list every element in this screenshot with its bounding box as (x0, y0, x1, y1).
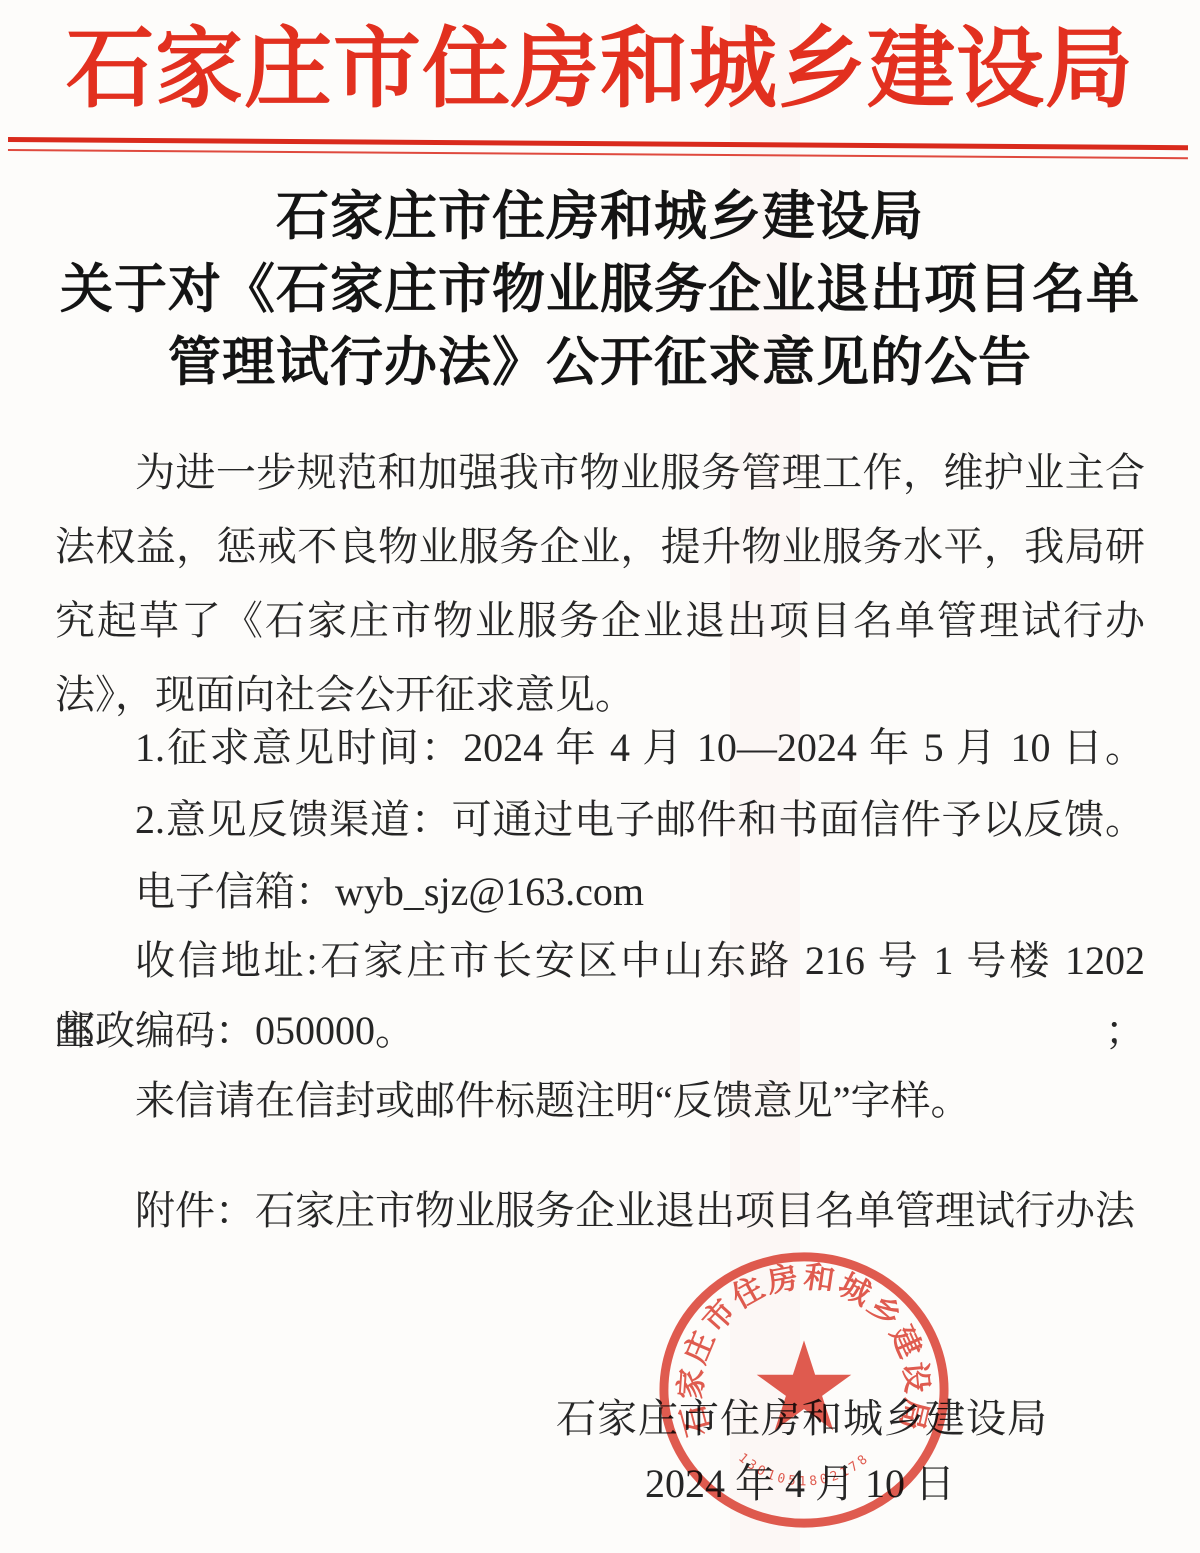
body-address: 收信地址:石家庄市长安区中山东路 216 号 1 号楼 1202 室；邮政编码：… (55, 926, 1145, 1136)
body-line: 来信请在信封或邮件标题注明“反馈意见”字样。 (55, 1066, 1145, 1136)
letterhead-title: 石家庄市住房和城乡建设局 (0, 12, 1200, 130)
letterhead-rules (8, 137, 1188, 159)
body-line: 电子信箱：wyb_sjz@163.com (55, 856, 1145, 928)
body-line: 1.征求意见时间：2024 年 4 月 10—2024 年 5 月 10 日。 (55, 712, 1145, 784)
attachment-line: 附件：石家庄市物业服务企业退出项目名单管理试行办法 (55, 1186, 1145, 1236)
title-line-2: 关于对《石家庄市物业服务企业退出项目名单 (30, 254, 1170, 327)
body-line: 法权益，惩戒不良物业服务企业，提升物业服务水平，我局研 (55, 510, 1145, 584)
title-line-1: 石家庄市住房和城乡建设局 (30, 181, 1170, 254)
signature-org: 石家庄市住房和城乡建设局 (556, 1396, 1048, 1442)
body-items: 1.征求意见时间：2024 年 4 月 10—2024 年 5 月 10 日。2… (55, 712, 1145, 928)
body-line: 为进一步规范和加强我市物业服务管理工作，维护业主合 (55, 436, 1145, 510)
document-page: 石家庄市住房和城乡建设局 石家庄市住房和城乡建设局 关于对《石家庄市物业服务企业… (0, 0, 1200, 1553)
document-title: 石家庄市住房和城乡建设局 关于对《石家庄市物业服务企业退出项目名单 管理试行办法… (30, 181, 1170, 400)
title-line-3: 管理试行办法》公开征求意见的公告 (30, 327, 1170, 400)
signature-date: 2024 年 4 月 10 日 (645, 1461, 955, 1507)
body-line: 究起草了《石家庄市物业服务企业退出项目名单管理试行办 (55, 584, 1145, 658)
body-line: 2.意见反馈渠道：可通过电子邮件和书面信件予以反馈。 (55, 784, 1145, 856)
body-paragraph: 为进一步规范和加强我市物业服务管理工作，维护业主合法权益，惩戒不良物业服务企业，… (55, 436, 1145, 732)
body-line: 收信地址:石家庄市长安区中山东路 216 号 1 号楼 1202 室； (55, 926, 1145, 996)
